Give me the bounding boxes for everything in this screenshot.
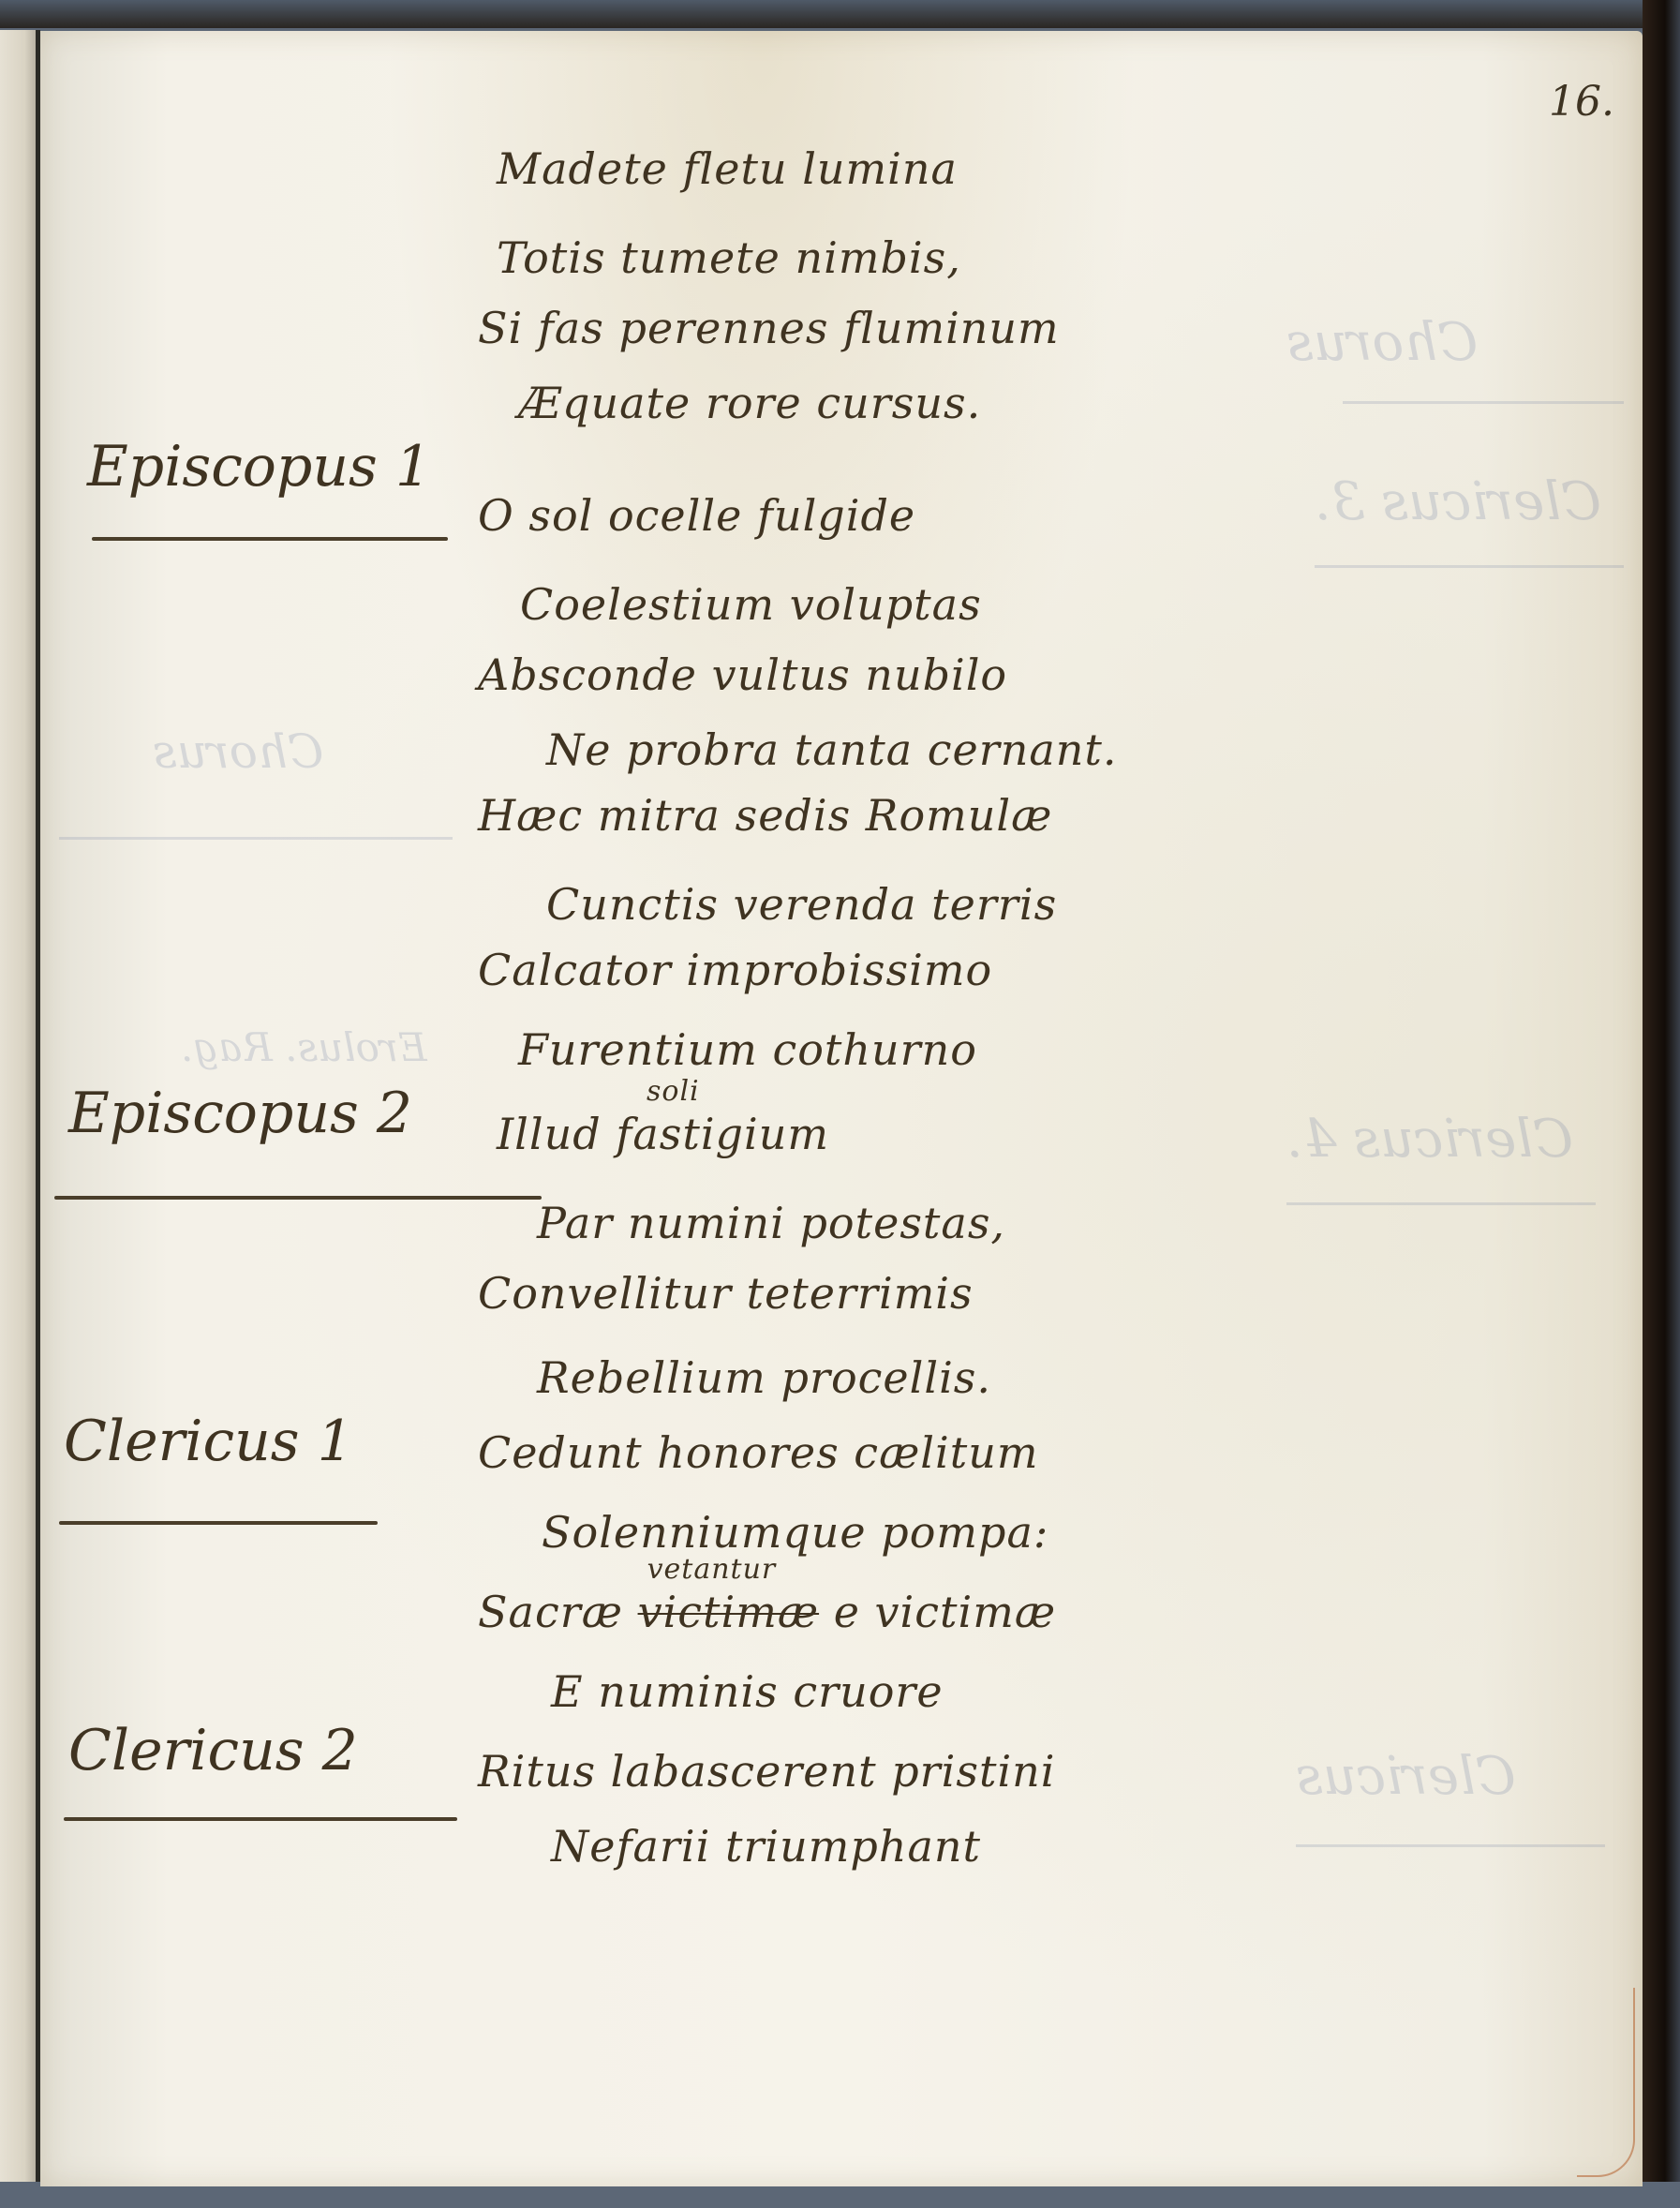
verse-line: Absconde vultus nubilo <box>478 649 1007 700</box>
verse-line: Calcator improbissimo <box>478 945 992 995</box>
book-binding-top <box>0 0 1680 28</box>
speaker-underline <box>92 537 448 541</box>
previous-leaf-edge <box>0 30 36 2186</box>
verse-line: Cunctis verenda terris <box>546 879 1057 930</box>
verse-line: Furentium cothurno <box>518 1024 977 1075</box>
verse-line: Æquate rore cursus. <box>518 378 981 428</box>
verse-line: Coelestium voluptas <box>520 579 982 630</box>
verse-line: Nefarii triumphant <box>551 1821 981 1872</box>
page-number: 16. <box>1549 78 1614 126</box>
verse-suffix: e victimæ <box>834 1587 1056 1637</box>
speaker-underline <box>59 1521 378 1525</box>
interlinear-insertion: soli <box>647 1075 700 1108</box>
bleed-through-text: Clericus 4. <box>1286 1109 1573 1170</box>
bleed-through-text: Clericus <box>1296 1746 1516 1807</box>
verse-line: soli Illud fastigium <box>497 1109 829 1159</box>
bleed-through-rule <box>1296 1844 1605 1847</box>
verse-line: Hæc mitra sedis Romulæ <box>478 790 1052 841</box>
verse-line: Cedunt honores cælitum <box>478 1427 1038 1478</box>
interlinear-correction: vetantur <box>647 1553 777 1586</box>
deleted-word: victimæ <box>638 1587 820 1637</box>
verse-prefix: Sacræ <box>478 1587 623 1637</box>
verse-line: Par numini potestas, <box>537 1198 1005 1248</box>
bleed-through-text: Clericus 3. <box>1315 471 1601 532</box>
speaker-underline <box>54 1196 542 1200</box>
verse-text: Illud fastigium <box>497 1109 829 1159</box>
verse-line: O sol ocelle fulgide <box>478 490 915 541</box>
verse-line: Ritus labascerent pristini <box>478 1746 1056 1797</box>
bleed-through-text: Erolus. Rag. <box>181 1024 427 1070</box>
verse-line: Solenniumque pompa: <box>542 1507 1048 1558</box>
verse-line: Madete fletu lumina <box>497 143 958 194</box>
bleed-through-rule <box>1343 401 1624 404</box>
manuscript-page: Chorus Clericus 3. Clericus 4. Clericus … <box>40 31 1643 2186</box>
verse-line: Ne probra tanta cernant. <box>546 724 1118 775</box>
speaker-label-episcopus-2: Episcopus 2 <box>68 1081 412 1146</box>
bleed-through-rule <box>1315 565 1624 568</box>
speaker-underline <box>64 1817 457 1821</box>
verse-line: Totis tumete nimbis, <box>497 232 961 283</box>
bleed-through-rule <box>1286 1202 1596 1205</box>
verse-line: Rebellium procellis. <box>537 1352 991 1403</box>
verse-line: Sacræ vetantur victimæ e victimæ <box>478 1587 1056 1637</box>
speaker-label-episcopus-1: Episcopus 1 <box>87 434 431 500</box>
bleed-through-text: Chorus <box>1286 312 1478 373</box>
verse-line: E numinis cruore <box>551 1666 944 1717</box>
verse-line: Convellitur teterrimis <box>478 1268 974 1319</box>
book-binding-right <box>1643 0 1680 2208</box>
speaker-label-clericus-1: Clericus 1 <box>64 1409 353 1474</box>
page-corner-fold <box>1577 1988 1635 2177</box>
bleed-through-rule <box>59 837 453 840</box>
bleed-through-text: Chorus <box>153 724 323 779</box>
verse-line: Si fas perennes fluminum <box>478 303 1060 353</box>
speaker-label-clericus-2: Clericus 2 <box>68 1718 358 1783</box>
